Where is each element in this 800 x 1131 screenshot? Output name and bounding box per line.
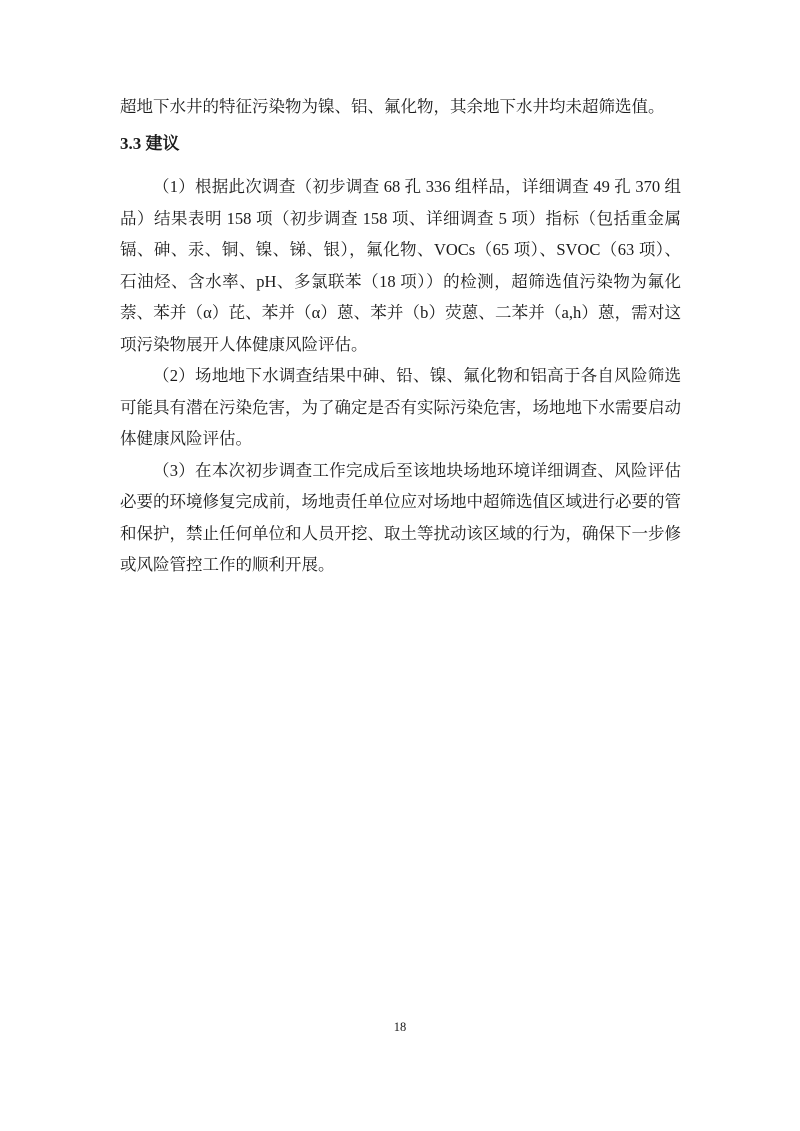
paragraph-line: 项污染物展开人体健康风险评估。 bbox=[120, 329, 681, 361]
paragraph-line: 镉、砷、汞、铜、镍、锑、银），氟化物、VOCs（65 项）、SVOC（63 项）… bbox=[120, 234, 681, 266]
body-line-continuation: 超地下水井的特征污染物为镍、铝、氟化物，其余地下水井均未超筛选值。 bbox=[120, 91, 681, 123]
paragraph-line: 或风险管控工作的顺利开展。 bbox=[120, 549, 681, 581]
paragraph-line: 品）结果表明 158 项（初步调查 158 项、详细调查 5 项）指标（包括重金… bbox=[120, 203, 681, 235]
paragraph-line: 可能具有潜在污染危害，为了确定是否有实际污染危害，场地地下水需要启动人 bbox=[120, 392, 681, 424]
page-content: 超地下水井的特征污染物为镍、铝、氟化物，其余地下水井均未超筛选值。 3.3 建议… bbox=[120, 91, 681, 581]
paragraph-line: （3）在本次初步调查工作完成后至该地块场地环境详细调查、风险评估及 bbox=[120, 455, 681, 487]
paragraph-line: 体健康风险评估。 bbox=[120, 423, 681, 455]
paragraph-line: （2）场地地下水调查结果中砷、铅、镍、氟化物和铝高于各自风险筛选值， bbox=[120, 360, 681, 392]
section-heading: 3.3 建议 bbox=[120, 128, 681, 160]
page-number: 18 bbox=[0, 1019, 800, 1035]
paragraph-line: 必要的环境修复完成前，场地责任单位应对场地中超筛选值区域进行必要的管理 bbox=[120, 486, 681, 518]
paragraph-line: 萘、苯并（α）芘、苯并（α）蒽、苯并（b）荧蒽、二苯并（a,h）蒽，需对这 5 bbox=[120, 297, 681, 329]
paragraph-line: （1）根据此次调查（初步调查 68 孔 336 组样品，详细调查 49 孔 37… bbox=[120, 171, 681, 203]
paragraph-line: 石油烃、含水率、pH、多氯联苯（18 项））的检测，超筛选值污染物为氟化物、 bbox=[120, 266, 681, 298]
document-page: 超地下水井的特征污染物为镍、铝、氟化物，其余地下水井均未超筛选值。 3.3 建议… bbox=[0, 0, 800, 1131]
paragraph-line: 和保护，禁止任何单位和人员开挖、取土等扰动该区域的行为，确保下一步修复 bbox=[120, 518, 681, 550]
